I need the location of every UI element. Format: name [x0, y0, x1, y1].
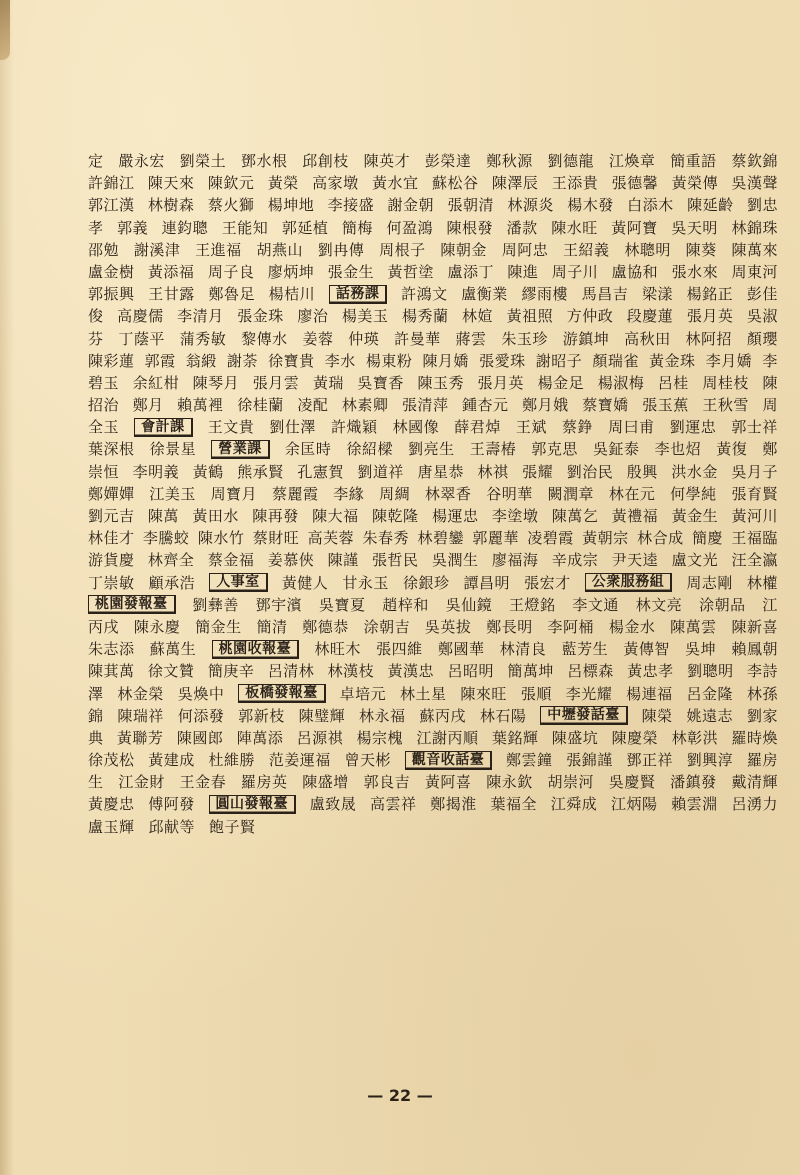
- person-name: 謝荼: [227, 350, 258, 372]
- person-name: 李阿桶: [548, 616, 595, 638]
- person-name: 蔣雲: [456, 328, 487, 350]
- person-name: 郭霞: [145, 350, 176, 372]
- person-name: 鄭雲鐘: [506, 749, 553, 771]
- person-name: 林錦珠: [731, 217, 778, 239]
- person-name: 蔡欽錦: [731, 150, 778, 172]
- person-name: 陳永欽: [486, 771, 533, 793]
- person-name: 陳琴月: [193, 372, 240, 394]
- person-name: 周子川: [552, 261, 599, 283]
- person-name: 姜慕俠: [268, 549, 315, 571]
- person-name: 姜蓉: [302, 328, 333, 350]
- text-line: 錦陳瑞祥何添發郭新枝陳璧輝林永福蘇丙戌林石陽中壢發話臺陳榮姚遠志劉家: [88, 705, 778, 727]
- person-name: 林翠香: [425, 483, 472, 505]
- text-line: 生江金財王金春羅房英陳盛增郭良吉黃阿喜陳永欽胡崇河吳慶賢潘鎮發戴清輝: [88, 771, 778, 793]
- person-name: 羅房英: [241, 771, 288, 793]
- person-name: 江炳陽: [611, 793, 658, 815]
- person-name: 李也炤: [655, 438, 702, 460]
- person-name: 錦: [88, 705, 104, 727]
- person-name: 趙梓和: [382, 594, 429, 616]
- person-name: 江: [762, 594, 778, 616]
- person-name: 陳來旺: [460, 683, 507, 705]
- person-name: 黃忠孝: [627, 660, 674, 682]
- person-name: 鄧宇濱: [256, 594, 303, 616]
- person-name: 朱春秀: [363, 527, 410, 549]
- person-name: 陳玉秀: [417, 372, 464, 394]
- person-name: 杜維勝: [209, 749, 256, 771]
- person-name: 林漢枝: [328, 660, 375, 682]
- person-name: 黎傳水: [241, 328, 288, 350]
- person-name: 郭克思: [531, 438, 578, 460]
- person-name: 鄭月娥: [522, 394, 569, 416]
- person-name: 游鎮坤: [563, 328, 610, 350]
- person-name: 林合成: [637, 527, 684, 549]
- person-name: 呂標森: [567, 660, 614, 682]
- person-name: 白添木: [627, 194, 674, 216]
- person-name: 盧協和: [612, 261, 659, 283]
- person-name: 林源炎: [507, 194, 554, 216]
- person-name: 簡重語: [670, 150, 717, 172]
- person-name: 張金珠: [237, 305, 284, 327]
- person-name: 簡慶: [692, 527, 723, 549]
- person-name: 李接盛: [328, 194, 375, 216]
- person-name: 徐文贊: [148, 660, 195, 682]
- text-line: 俊高慶儒李清月張金珠廖治楊美玉楊秀蘭林媗黃祖照方仲政段慶蓮張月英吳淑: [88, 305, 778, 327]
- person-name: 姚遠志: [687, 705, 734, 727]
- person-name: 段慶蓮: [627, 305, 674, 327]
- person-name: 林在元: [609, 483, 656, 505]
- person-name: 陳盛增: [302, 771, 349, 793]
- text-line: 許錦江陳天來陳欽元黃榮高家墩黃水宜蘇松谷陳澤辰王添貴張德馨黃榮傳吳漢聲: [88, 172, 778, 194]
- person-name: 嚴永宏: [118, 150, 165, 172]
- person-name: 洪水金: [671, 461, 718, 483]
- person-name: 陳朝金: [440, 239, 487, 261]
- person-name: 葉福全: [490, 793, 537, 815]
- person-name: 周綢: [379, 483, 410, 505]
- person-name: 賴鳳朝: [731, 638, 778, 660]
- person-name: 張月雲: [253, 372, 300, 394]
- person-name: 周桂枝: [702, 372, 749, 394]
- person-name: 楊木發: [567, 194, 614, 216]
- person-name: 王壽椿: [470, 438, 517, 460]
- person-name: 李騰蛟: [143, 527, 190, 549]
- person-name: 黃漢忠: [388, 660, 435, 682]
- person-name: 楊淑梅: [598, 372, 645, 394]
- person-name: 仲瑛: [348, 328, 379, 350]
- person-name: 丁崇敏: [88, 572, 135, 594]
- person-name: 黃田水: [192, 505, 239, 527]
- person-name: 鄧水根: [241, 150, 288, 172]
- person-name: 張育賢: [731, 483, 778, 505]
- person-name: 林聰明: [624, 239, 671, 261]
- person-name: 林權: [747, 572, 778, 594]
- person-name: 陳乾隆: [372, 505, 419, 527]
- person-name: 王能知: [222, 217, 269, 239]
- text-line: 盧金樹黃添福周子良廖炳坤張金生黃哲塗盧添丁陳進周子川盧協和張水來周東河: [88, 261, 778, 283]
- person-name: 劉亮生: [408, 438, 455, 460]
- person-name: 劉忠: [747, 194, 778, 216]
- person-name: 凌碧霞: [527, 527, 574, 549]
- person-name: 盧添丁: [447, 261, 494, 283]
- person-name: 澤: [88, 683, 104, 705]
- person-name: 吳淑: [747, 305, 778, 327]
- person-name: 谷明華: [486, 483, 533, 505]
- person-name: 崇恒: [88, 461, 119, 483]
- person-name: 徐桂蘭: [237, 394, 284, 416]
- person-name: 黃哲塗: [388, 261, 435, 283]
- person-name: 全玉: [88, 416, 119, 438]
- person-name: 唐星恭: [417, 461, 464, 483]
- person-name: 陳進: [507, 261, 538, 283]
- person-name: 吳寶香: [357, 372, 404, 394]
- person-name: 高芙蓉: [308, 527, 355, 549]
- person-name: 鄭嬋嬋: [88, 483, 135, 505]
- person-name: 黃添福: [148, 261, 195, 283]
- person-name: 陳根發: [447, 217, 494, 239]
- person-name: 王金春: [180, 771, 227, 793]
- person-name: 郭士祥: [731, 416, 778, 438]
- person-name: 曾天彬: [345, 749, 392, 771]
- person-name: 黃朝宗: [582, 527, 629, 549]
- person-name: 顏瑞雀: [592, 350, 639, 372]
- person-name: 林永福: [359, 705, 406, 727]
- person-name: 熊承賢: [237, 461, 284, 483]
- person-name: 劉榮土: [180, 150, 227, 172]
- person-name: 朱志添: [88, 638, 135, 660]
- person-name: 連鈞聰: [162, 217, 209, 239]
- person-name: 張玉蕉: [642, 394, 689, 416]
- person-name: 黃阿寶: [611, 217, 658, 239]
- person-name: 蔡錚: [562, 416, 593, 438]
- person-name: 黃健人: [282, 572, 329, 594]
- person-name: 楊銘正: [687, 283, 734, 305]
- person-name: 黃鶴: [193, 461, 224, 483]
- person-name: 呂昭明: [447, 660, 494, 682]
- person-name: 蔡寶嬌: [582, 394, 629, 416]
- person-name: 張耀: [522, 461, 553, 483]
- person-name: 藍芳生: [562, 638, 609, 660]
- person-name: 張月英: [687, 305, 734, 327]
- department-heading: 人事室: [209, 573, 268, 592]
- person-name: 蘇萬生: [150, 638, 197, 660]
- person-name: 周曰甫: [608, 416, 655, 438]
- department-heading: 板橋發報臺: [238, 684, 326, 703]
- person-name: 許鴻文: [401, 283, 448, 305]
- person-name: 邵勉: [88, 239, 119, 261]
- person-name: 陳國郎: [177, 727, 224, 749]
- person-name: 陳英才: [364, 150, 411, 172]
- person-name: 徐銀珍: [403, 572, 450, 594]
- person-name: 葉銘輝: [492, 727, 539, 749]
- person-name: 梁漾: [642, 283, 673, 305]
- person-name: 楊運忠: [432, 505, 479, 527]
- person-name: 顏瓔: [747, 328, 778, 350]
- person-name: 涂朝吉: [364, 616, 411, 638]
- person-name: 戴清輝: [731, 771, 778, 793]
- person-name: 張四維: [376, 638, 423, 660]
- person-name: 李光耀: [566, 683, 613, 705]
- person-name: 楊坤地: [268, 194, 315, 216]
- text-line: 典黃聯芳陳國郎陣萬添呂源祺楊宗槐江謝丙順葉銘輝陳盛坑陳慶榮林彰洪羅時煥: [88, 727, 778, 749]
- text-line: 盧玉輝邱献等飽子賢: [88, 816, 778, 838]
- person-name: 賴萬裡: [177, 394, 224, 416]
- text-line: 邵勉謝溪津王進福胡燕山劉冉傳周根子陳朝金周阿忠王紹義林聰明陳葵陳萬來: [88, 239, 778, 261]
- person-name: 楊美玉: [342, 305, 389, 327]
- person-name: 江金財: [118, 771, 165, 793]
- person-name: 陳新喜: [731, 616, 778, 638]
- person-name: 呂金隆: [687, 683, 734, 705]
- person-name: 劉彝善: [192, 594, 239, 616]
- person-name: 蔡金福: [208, 549, 255, 571]
- person-name: 薛君焯: [454, 416, 501, 438]
- person-name: 陳謹: [328, 549, 359, 571]
- person-name: 林佳才: [88, 527, 135, 549]
- person-name: 楊金水: [609, 616, 656, 638]
- person-name: 辛成宗: [552, 549, 599, 571]
- person-name: 涂朝品: [699, 594, 746, 616]
- text-line: 招治鄭月賴萬裡徐桂蘭凌配林素卿張清萍鍾杏元鄭月娥蔡寶嬌張玉蕉王秋雪周: [88, 394, 778, 416]
- person-name: 劉運忠: [670, 416, 717, 438]
- person-name: 楊連福: [626, 683, 673, 705]
- person-name: 陳葵: [686, 239, 717, 261]
- person-name: 蒲秀敏: [180, 328, 227, 350]
- person-name: 呂桂: [658, 372, 689, 394]
- person-name: 鄭魯足: [208, 283, 255, 305]
- person-name: 方仲政: [567, 305, 614, 327]
- text-line: 丁崇敏顧承浩人事室黃健人甘永玉徐銀珍譚昌明張宏才公衆服務組周志剛林權: [88, 572, 778, 594]
- person-name: 俊: [88, 305, 104, 327]
- person-name: 馬昌吉: [582, 283, 629, 305]
- person-name: 謝金朝: [388, 194, 435, 216]
- person-name: 胡燕山: [256, 239, 303, 261]
- person-name: 蔡財旺: [253, 527, 300, 549]
- person-name: 廖炳坤: [268, 261, 315, 283]
- person-name: 王福臨: [731, 527, 778, 549]
- person-name: 陣萬添: [237, 727, 284, 749]
- person-name: 張哲民: [372, 549, 419, 571]
- person-name: 黃禮福: [612, 505, 659, 527]
- person-name: 謝昭子: [536, 350, 583, 372]
- person-name: 林石陽: [480, 705, 527, 727]
- person-name: 鄭秋源: [486, 150, 533, 172]
- person-name: 何學純: [670, 483, 717, 505]
- person-name: 郭義: [117, 217, 148, 239]
- person-name: 陳永慶: [134, 616, 181, 638]
- person-name: 郭振興: [88, 283, 135, 305]
- person-name: 陳水竹: [198, 527, 245, 549]
- person-name: 江煥章: [609, 150, 656, 172]
- person-name: 周阿忠: [502, 239, 549, 261]
- person-name: 生: [88, 771, 104, 793]
- person-name: 呂湧力: [731, 793, 778, 815]
- person-name: 范姜運福: [269, 749, 331, 771]
- person-name: 李詩: [747, 660, 778, 682]
- person-name: 丁蔭平: [118, 328, 165, 350]
- person-name: 郭良吉: [364, 771, 411, 793]
- person-name: 楊秀蘭: [402, 305, 449, 327]
- person-name: 吳坤: [685, 638, 716, 660]
- person-name: 黃瑞: [313, 372, 344, 394]
- person-name: 李緣: [333, 483, 364, 505]
- person-name: 陳盛坑: [552, 727, 599, 749]
- person-name: 胡崇河: [548, 771, 595, 793]
- person-name: 高雲祥: [370, 793, 417, 815]
- person-name: 黃榮: [268, 172, 299, 194]
- person-name: 劉元吉: [88, 505, 135, 527]
- person-name: 黃建成: [148, 749, 195, 771]
- person-name: 丙戌: [88, 616, 119, 638]
- person-name: 碧玉: [88, 372, 119, 394]
- person-name: 林彰洪: [672, 727, 719, 749]
- person-name: 鄭月: [133, 394, 164, 416]
- person-name: 簡梅: [342, 217, 373, 239]
- person-name: 王紹義: [563, 239, 610, 261]
- person-name: 何添發: [178, 705, 225, 727]
- person-name: 羅時煥: [731, 727, 778, 749]
- department-heading: 桃園收報臺: [212, 640, 300, 659]
- person-name: 陳萬雲: [670, 616, 717, 638]
- person-name: 高秋田: [624, 328, 671, 350]
- person-name: 翁緞: [186, 350, 217, 372]
- person-name: 劉仕澤: [269, 416, 316, 438]
- person-name: 賴雲淵: [671, 793, 718, 815]
- person-name: 林金榮: [117, 683, 164, 705]
- person-name: 陳萁萬: [88, 660, 135, 682]
- person-name: 張金生: [328, 261, 375, 283]
- person-name: 張錦謹: [566, 749, 613, 771]
- person-name: 羅房: [747, 749, 778, 771]
- person-name: 周: [762, 394, 778, 416]
- person-name: 陳榮: [642, 705, 673, 727]
- person-name: 江謝丙順: [416, 727, 478, 749]
- person-name: 李明義: [133, 461, 180, 483]
- person-name: 蔡麗霞: [272, 483, 319, 505]
- person-name: 高慶儒: [117, 305, 164, 327]
- department-heading: 會計課: [134, 418, 193, 437]
- person-name: 黃傳智: [623, 638, 670, 660]
- person-name: 周寶月: [211, 483, 258, 505]
- person-name: 吳天明: [671, 217, 718, 239]
- person-name: 陳澤辰: [492, 172, 539, 194]
- person-name: 張月英: [478, 372, 525, 394]
- person-name: 林旺木: [314, 638, 361, 660]
- person-name: 吳漢聲: [731, 172, 778, 194]
- person-name: 陳欽元: [208, 172, 255, 194]
- person-name: 盧文光: [672, 549, 719, 571]
- department-heading: 公衆服務組: [585, 573, 673, 592]
- person-name: 李塗墩: [492, 505, 539, 527]
- person-name: 江舜成: [551, 793, 598, 815]
- person-name: 鄭國華: [438, 638, 485, 660]
- text-line: 郭江漢林樹森蔡火獅楊坤地李接盛謝金朝張朝清林源炎楊木發白添木陳延齡劉忠: [88, 194, 778, 216]
- person-name: 黃祖照: [507, 305, 554, 327]
- person-name: 呂源祺: [297, 727, 344, 749]
- person-name: 王添貴: [552, 172, 599, 194]
- person-name: 林素卿: [342, 394, 389, 416]
- text-line: 陳萁萬徐文贊簡庚辛呂清林林漢枝黃漢忠呂昭明簡萬坤呂標森黃忠孝劉聰明李詩: [88, 660, 778, 682]
- person-name: 盧玉輝: [88, 816, 135, 838]
- person-name: 周志剛: [686, 572, 733, 594]
- person-name: 張清萍: [402, 394, 449, 416]
- person-name: 王斌: [516, 416, 547, 438]
- person-name: 傅阿發: [148, 793, 195, 815]
- person-name: 張宏才: [524, 572, 571, 594]
- person-name: 黃金珠: [649, 350, 696, 372]
- text-line: 葉深根徐景星營業課余匡時徐紹樑劉亮生王壽椿郭克思吳鉦泰李也炤黃復鄭: [88, 438, 778, 460]
- person-name: 謝溪津: [134, 239, 181, 261]
- text-line: 孝郭義連鈞聰王能知郭延植簡梅何盈鴻陳根發潘款陳水旺黃阿寶吳天明林錦珠: [88, 217, 778, 239]
- person-name: 陳萬來: [731, 239, 778, 261]
- text-line: 崇恒李明義黃鶴熊承賢孔憲賀劉道祥唐星恭林祺張耀劉治民殷興洪水金吳月子: [88, 461, 778, 483]
- person-name: 楊金足: [538, 372, 585, 394]
- person-name: 楊宗槐: [357, 727, 404, 749]
- person-name: 吳鉦泰: [593, 438, 640, 460]
- department-heading: 觀音收話臺: [405, 751, 493, 770]
- person-name: 徐紹樑: [346, 438, 393, 460]
- person-name: 典: [88, 727, 104, 749]
- person-name: 李文通: [572, 594, 619, 616]
- person-name: 邱献等: [149, 816, 196, 838]
- staff-name-list: 定嚴永宏劉榮土鄧水根邱創枝陳英才彭榮達鄭秋源劉德龍江煥章簡重語蔡欽錦許錦江陳天來…: [88, 150, 778, 838]
- person-name: 黃榮傳: [672, 172, 719, 194]
- person-name: 葉深根: [88, 438, 135, 460]
- person-name: 陳萬乞: [552, 505, 599, 527]
- person-name: 張愛珠: [479, 350, 526, 372]
- person-name: 吳潤生: [432, 549, 479, 571]
- person-name: 朱玉珍: [501, 328, 548, 350]
- document-page: 定嚴永宏劉榮土鄧水根邱創枝陳英才彭榮達鄭秋源劉德龍江煥章簡重語蔡欽錦許錦江陳天來…: [0, 0, 800, 1175]
- person-name: 游貨慶: [88, 549, 135, 571]
- person-name: 林齊全: [148, 549, 195, 571]
- department-heading: 中壢發話臺: [540, 706, 628, 725]
- person-name: 陳慶榮: [612, 727, 659, 749]
- person-name: 尹天逵: [612, 549, 659, 571]
- person-name: 汪全瀛: [731, 549, 778, 571]
- person-name: 林土星: [400, 683, 447, 705]
- person-name: 黃復: [716, 438, 747, 460]
- person-name: 王燈銘: [509, 594, 556, 616]
- text-line: 定嚴永宏劉榮土鄧水根邱創枝陳英才彭榮達鄭秋源劉德龍江煥章簡重語蔡欽錦: [88, 150, 778, 172]
- person-name: 招治: [88, 394, 119, 416]
- person-name: 張朝清: [447, 194, 494, 216]
- person-name: 鄭揭淮: [430, 793, 477, 815]
- text-line: 朱志添蘇萬生桃園收報臺林旺木張四維鄭國華林清良藍芳生黃傳智吳坤賴鳳朝: [88, 638, 778, 660]
- department-heading: 桃園發報臺: [88, 595, 176, 614]
- person-name: 黃慶忠: [88, 793, 135, 815]
- person-name: 徐景星: [150, 438, 197, 460]
- person-name: 呂清林: [268, 660, 315, 682]
- person-name: 余匡時: [285, 438, 332, 460]
- person-name: 林清良: [500, 638, 547, 660]
- person-name: 黃金生: [672, 505, 719, 527]
- person-name: 陳月嬌: [422, 350, 469, 372]
- person-name: 林媗: [462, 305, 493, 327]
- person-name: 孝: [88, 217, 104, 239]
- person-name: 張德馨: [612, 172, 659, 194]
- person-name: 吳月子: [731, 461, 778, 483]
- person-name: 許曼華: [394, 328, 441, 350]
- person-name: 吳英拔: [425, 616, 472, 638]
- person-name: 陳延齡: [687, 194, 734, 216]
- person-name: 王甘露: [148, 283, 195, 305]
- person-name: 周東河: [731, 261, 778, 283]
- person-name: 林文亮: [636, 594, 683, 616]
- text-line: 芬丁蔭平蒲秀敏黎傳水姜蓉仲瑛許曼華蔣雲朱玉珍游鎮坤高秋田林阿招顏瓔: [88, 328, 778, 350]
- person-name: 繆雨樓: [522, 283, 569, 305]
- person-name: 盧衡業: [461, 283, 508, 305]
- page-number: — 22 —: [0, 1086, 800, 1105]
- person-name: 譚昌明: [464, 572, 511, 594]
- text-line: 黃慶忠傅阿發圓山發報臺盧致晟高雲祥鄭揭淮葉福全江舜成江炳陽賴雲淵呂湧力: [88, 793, 778, 815]
